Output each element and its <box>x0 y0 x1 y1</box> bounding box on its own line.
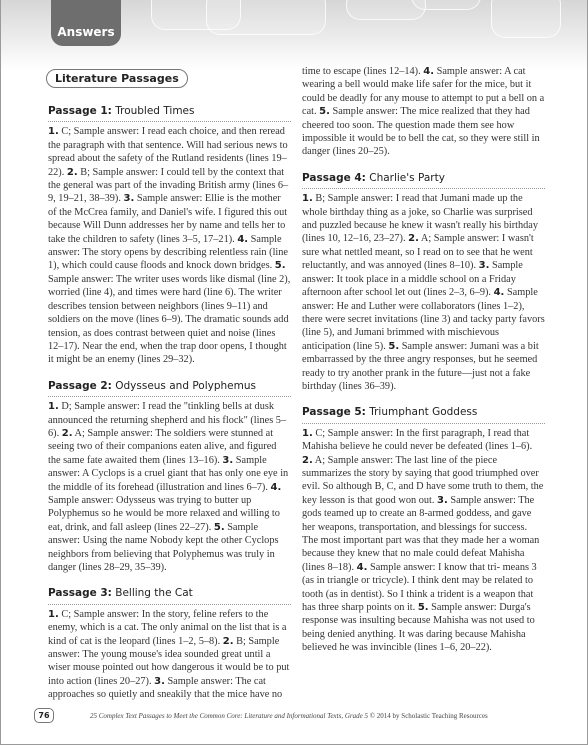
answer-number: 3. <box>479 260 490 271</box>
answer: Sample answer: The mice realized that th… <box>302 106 540 157</box>
passage-title: Charlie's Party <box>369 172 445 184</box>
answer-text: 1. D; Sample answer: I read the "tinklin… <box>48 400 291 574</box>
answer-number: 2. <box>62 428 73 439</box>
passage-2: Passage 2: Odysseus and Polyphemus 1. D;… <box>48 380 291 575</box>
answer-number: 2. <box>223 636 234 647</box>
copyright-text: © 2014 by Scholastic Teaching Resources <box>368 712 488 720</box>
answer-number: 1. <box>48 401 59 412</box>
answer-number: 3. <box>154 676 165 687</box>
decorative-rounded-rect <box>411 0 481 10</box>
passage-1: Passage 1: Troubled Times 1. C; Sample a… <box>48 105 291 367</box>
right-column: time to escape (lines 12–14). 4. Sample … <box>302 65 545 668</box>
passage-label: Passage 1: <box>48 105 112 117</box>
answer-number: 3. <box>437 495 448 506</box>
answers-tab: Answers <box>51 0 121 46</box>
passage-heading: Passage 2: Odysseus and Polyphemus <box>48 380 291 397</box>
passage-3-continued: time to escape (lines 12–14). 4. Sample … <box>302 65 545 159</box>
passage-label: Passage 5: <box>302 406 366 418</box>
page: Answers Literature Passages Passage 1: T… <box>0 0 588 745</box>
answer-number: 3. <box>222 455 233 466</box>
passage-heading: Passage 3: Belling the Cat <box>48 587 291 604</box>
answer-text: 1. C; Sample answer: In the story, felin… <box>48 608 291 702</box>
answer-number: 5. <box>319 106 330 117</box>
answer-number: 5. <box>214 522 225 533</box>
answer-text: 1. C; Sample answer: I read each choice,… <box>48 125 291 366</box>
passage-4: Passage 4: Charlie's Party 1. B; Sample … <box>302 172 545 394</box>
answer-number: 5. <box>388 341 399 352</box>
answer: time to escape (lines 12–14). <box>302 66 421 77</box>
answer-number: 4. <box>270 482 281 493</box>
answer-text: time to escape (lines 12–14). 4. Sample … <box>302 65 545 159</box>
answer-number: 4. <box>494 287 505 298</box>
answer-number: 3. <box>124 193 135 204</box>
page-number: 76 <box>34 708 54 723</box>
answer-number: 4. <box>237 234 248 245</box>
answer: C; Sample answer: In the first paragraph… <box>302 428 532 452</box>
passage-3: Passage 3: Belling the Cat 1. C; Sample … <box>48 587 291 701</box>
answer-number: 5. <box>418 602 429 613</box>
passage-title: Odysseus and Polyphemus <box>115 380 256 392</box>
passage-title: Triumphant Goddess <box>369 406 477 418</box>
copyright-credit: 25 Complex Text Passages to Meet the Com… <box>90 712 488 720</box>
answer: Sample answer: The writer uses words lik… <box>48 274 290 365</box>
passage-title: Troubled Times <box>115 105 194 117</box>
passage-label: Passage 4: <box>302 172 366 184</box>
decorative-rounded-rect <box>491 0 561 38</box>
footer: 76 25 Complex Text Passages to Meet the … <box>1 708 587 728</box>
passage-title: Belling the Cat <box>115 587 193 599</box>
passage-heading: Passage 1: Troubled Times <box>48 105 291 122</box>
answer-number: 2. <box>408 233 419 244</box>
answer-number: 4. <box>423 66 434 77</box>
passage-heading: Passage 4: Charlie's Party <box>302 172 545 189</box>
book-title: 25 Complex Text Passages to Meet the Com… <box>90 712 368 720</box>
answer-number: 1. <box>48 126 59 137</box>
answer-number: 4. <box>357 562 368 573</box>
passage-label: Passage 3: <box>48 587 112 599</box>
passage-heading: Passage 5: Triumphant Goddess <box>302 406 545 423</box>
answer-text: 1. C; Sample answer: In the first paragr… <box>302 427 545 655</box>
answer-text: 1. B; Sample answer: I read that Jumani … <box>302 192 545 393</box>
passage-label: Passage 2: <box>48 380 112 392</box>
decorative-rounded-rect <box>206 0 326 35</box>
answer-number: 1. <box>302 193 313 204</box>
passage-5: Passage 5: Triumphant Goddess 1. C; Samp… <box>302 406 545 654</box>
answer-number: 2. <box>302 455 313 466</box>
left-column: Passage 1: Troubled Times 1. C; Sample a… <box>48 105 291 715</box>
section-label: Literature Passages <box>46 69 188 88</box>
answer-number: 2. <box>67 167 78 178</box>
answer-number: 1. <box>302 428 313 439</box>
answer-number: 5. <box>275 260 286 271</box>
answer-number: 1. <box>48 609 59 620</box>
